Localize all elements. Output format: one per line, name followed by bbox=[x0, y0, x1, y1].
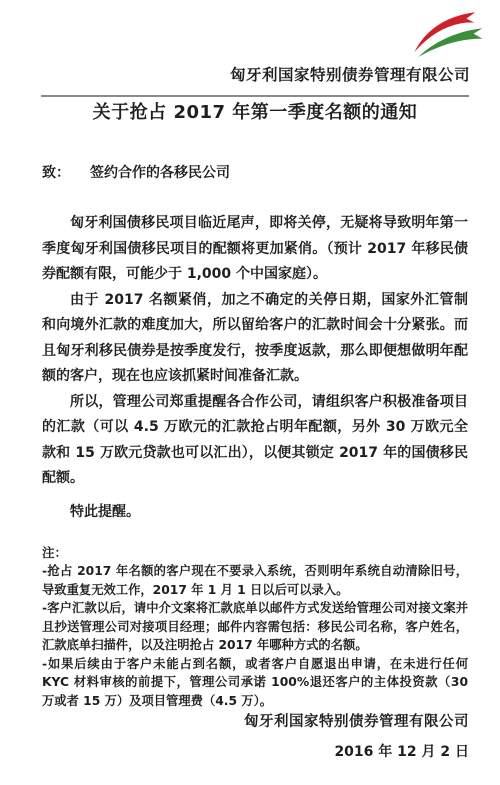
notice-title: 关于抢占 2017 年第一季度名额的通知 bbox=[42, 101, 468, 125]
body-paragraph-2: 由于 2017 名额紧俏，加之不确定的关停日期，国家外汇管制和向境外汇款的难度加… bbox=[42, 288, 468, 390]
notes-label: 注： bbox=[42, 543, 468, 562]
recipient-line: 致：签约合作的各移民公司 bbox=[42, 162, 468, 184]
hungary-flag-swoosh-icon bbox=[402, 9, 494, 65]
header-divider bbox=[41, 95, 469, 97]
recipient-value: 签约合作的各移民公司 bbox=[90, 165, 230, 181]
logo-green-ribbon bbox=[418, 28, 482, 57]
document-body: 关于抢占 2017 年第一季度名额的通知 致：签约合作的各移民公司 匈牙利国债移… bbox=[42, 101, 468, 710]
header-company-name: 匈牙利国家特别债券管理有限公司 bbox=[230, 63, 470, 85]
note-item-2: -客户汇款以后，请中介文案将汇款底单以邮件方式发送给管理公司对接文案并且抄送管理… bbox=[42, 599, 468, 655]
signature-block: 匈牙利国家特别债券管理有限公司 2016 年 12 月 2 日 bbox=[244, 714, 469, 761]
note-item-3: -如果后续由于客户未能占到名额，或者客户自愿退出申请，在未进行任何 KYC 材料… bbox=[42, 655, 468, 711]
closing-line: 特此提醒。 bbox=[42, 500, 468, 526]
notes-section: 注： -抢占 2017 年名额的客户现在不要录入系统，否则明年系统自动清除旧号，… bbox=[42, 543, 468, 710]
body-paragraph-1: 匈牙利国债移民项目临近尾声，即将关停，无疑将导致明年第一季度匈牙利国债移民项目的… bbox=[42, 211, 468, 288]
note-item-1: -抢占 2017 年名额的客户现在不要录入系统，否则明年系统自动清除旧号，导致重… bbox=[42, 562, 468, 599]
body-paragraph-3: 所以，管理公司郑重提醒各合作公司，请组织客户积极准备项目的汇款（可以 4.5 万… bbox=[42, 390, 468, 492]
signature-company: 匈牙利国家特别债券管理有限公司 bbox=[244, 714, 469, 731]
signature-date: 2016 年 12 月 2 日 bbox=[244, 744, 469, 761]
document-page: 匈牙利国家特别债券管理有限公司 关于抢占 2017 年第一季度名额的通知 致：签… bbox=[0, 0, 500, 785]
recipient-label: 致： bbox=[42, 165, 70, 181]
